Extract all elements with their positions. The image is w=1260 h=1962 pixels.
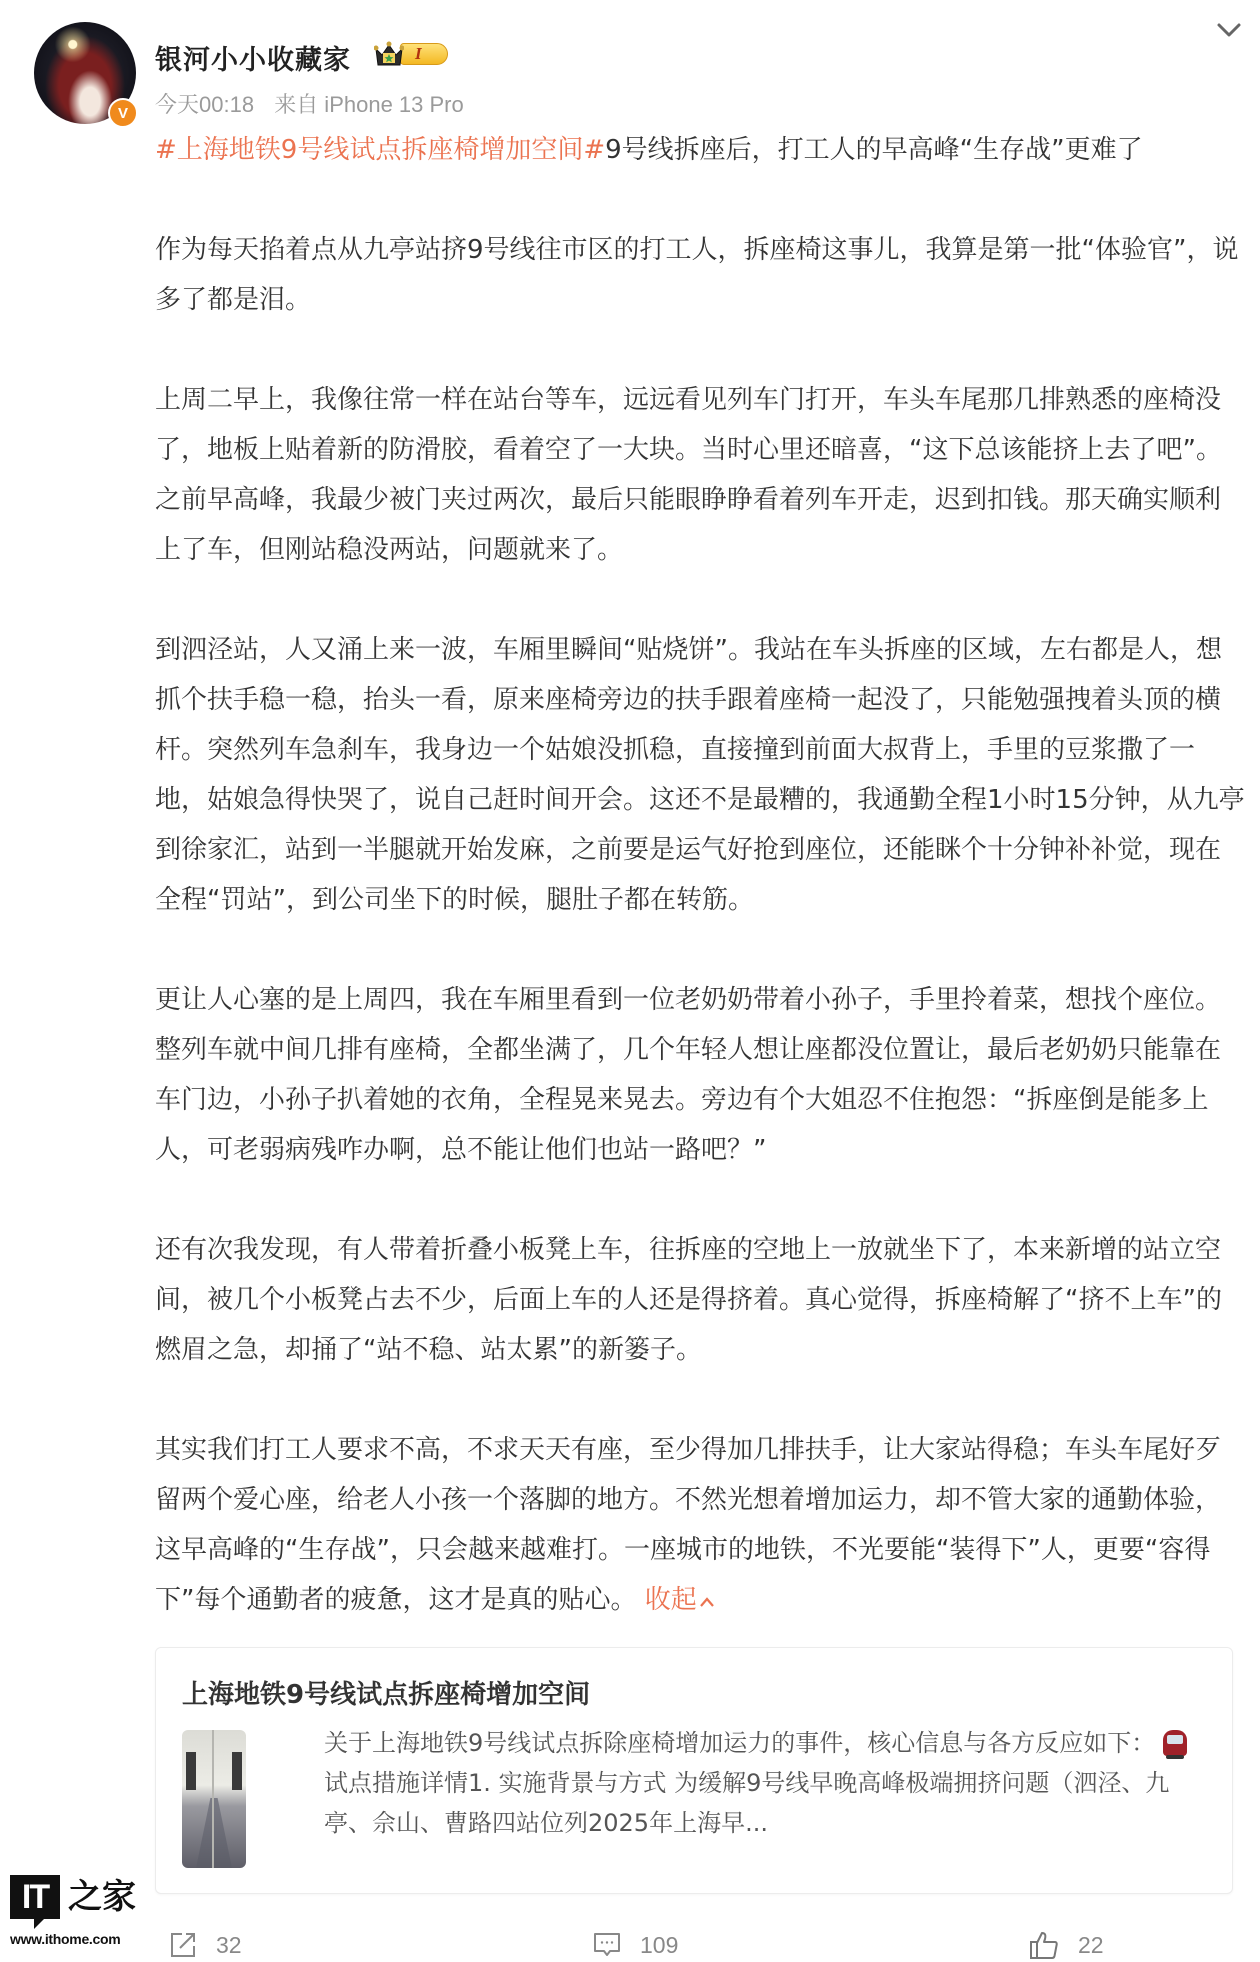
post-paragraph-last: 其实我们打工人要求不高，不求天天有座，至少得加几排扶手，让大家站得稳；车头车尾好…: [155, 1425, 1245, 1627]
topic-card-desc-text: 关于上海地铁9号线试点拆除座椅增加运力的事件，核心信息与各方反应如下：: [324, 1729, 1155, 1757]
member-level-badge[interactable]: I: [374, 40, 448, 68]
hashtag-link[interactable]: #上海地铁9号线试点拆座椅增加空间#: [155, 135, 605, 165]
ithome-watermark: IT 之家 www.ithome.com: [10, 1875, 140, 1960]
comment-count: 109: [640, 1932, 678, 1959]
chevron-down-icon[interactable]: [1215, 20, 1243, 40]
level-label: I: [400, 43, 448, 65]
verified-badge-icon: V: [108, 98, 138, 128]
like-button[interactable]: 22: [1028, 1925, 1104, 1962]
post-paragraph: 上周二早上，我像往常一样在站台等车，远远看见列车门打开，车头车尾那几排熟悉的座椅…: [155, 375, 1245, 575]
comment-icon: [592, 1930, 622, 1960]
post-paragraph: 还有次我发现，有人带着折叠小板凳上车，往拆座的空地上一放就坐下了，本来新增的站立…: [155, 1225, 1245, 1375]
ithome-logo: IT: [10, 1875, 60, 1919]
topic-card-thumbnail: [182, 1730, 246, 1868]
topic-card-description: 关于上海地铁9号线试点拆除座椅增加运力的事件，核心信息与各方反应如下：试点措施详…: [324, 1723, 1214, 1843]
post-meta: 今天00:18 来自 iPhone 13 Pro: [155, 88, 478, 119]
repost-button[interactable]: 32: [168, 1925, 242, 1962]
repost-icon: [168, 1930, 198, 1960]
post-content: #上海地铁9号线试点拆座椅增加空间#9号线拆座后，打工人的早高峰“生存战”更难了…: [155, 125, 1245, 1677]
post-headline-line: #上海地铁9号线试点拆座椅增加空间#9号线拆座后，打工人的早高峰“生存战”更难了: [155, 125, 1245, 175]
repost-count: 32: [216, 1932, 242, 1959]
crown-icon: [374, 41, 404, 67]
post-time: 今天00:18: [155, 92, 254, 117]
chevron-up-icon: [699, 1577, 715, 1627]
post-paragraph: 更让人心塞的是上周四，我在车厢里看到一位老奶奶带着小孙子，手里拎着菜，想找个座位…: [155, 975, 1245, 1175]
comment-button[interactable]: 109: [592, 1925, 678, 1962]
post-source: 来自 iPhone 13 Pro: [274, 92, 464, 117]
post-paragraph: 作为每天掐着点从九亭站挤9号线往市区的打工人，拆座椅这事儿，我算是第一批“体验官…: [155, 225, 1245, 325]
topic-card[interactable]: 上海地铁9号线试点拆座椅增加空间 关于上海地铁9号线试点拆除座椅增加运力的事件，…: [155, 1647, 1233, 1894]
author-name[interactable]: 银河小小收藏家: [155, 38, 351, 77]
train-icon: [1163, 1730, 1187, 1756]
post-paragraph: 到泗泾站，人又涌上来一波，车厢里瞬间“贴烧饼”。我站在车头拆座的区域，左右都是人…: [155, 625, 1245, 925]
collapse-link[interactable]: 收起: [645, 1585, 715, 1615]
topic-card-title: 上海地铁9号线试点拆座椅增加空间: [182, 1674, 590, 1711]
like-count: 22: [1078, 1932, 1104, 1959]
collapse-label: 收起: [645, 1585, 697, 1615]
thumbs-up-icon: [1028, 1929, 1060, 1961]
ithome-url: www.ithome.com: [10, 1931, 140, 1947]
ithome-logo-zh: 之家: [68, 1875, 136, 1919]
post-headline: 9号线拆座后，打工人的早高峰“生存战”更难了: [605, 135, 1142, 165]
topic-card-desc-text: 试点措施详情1. 实施背景与方式 为缓解9号线早晚高峰极端拥挤问题（泗泾、九亭、…: [324, 1769, 1169, 1837]
